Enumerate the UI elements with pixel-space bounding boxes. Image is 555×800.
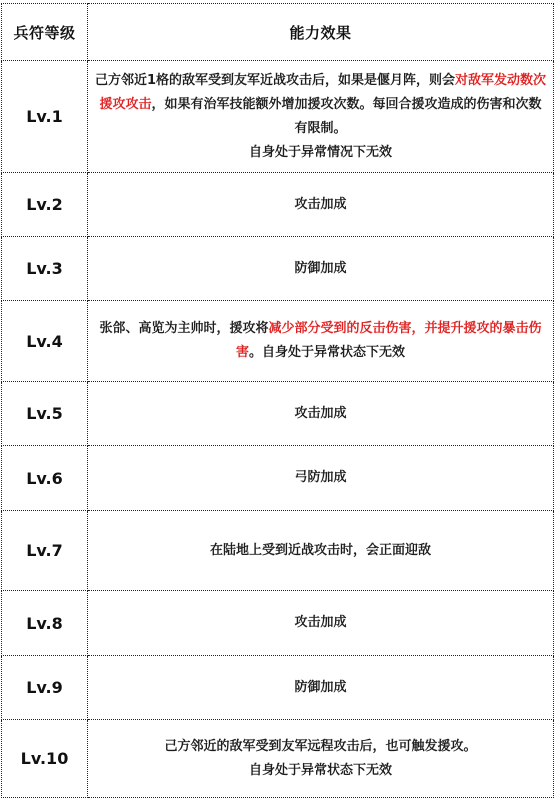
table-row: Lv.10 己方邻近的敌军受到友军远程攻击后，也可触发援攻。 自身处于异常状态下… [2, 720, 554, 798]
level-cell: Lv.3 [2, 237, 88, 301]
effect-cell: 攻击加成 [88, 591, 554, 656]
effect-note: 自身处于异常情况下无效 [94, 141, 547, 165]
ability-table: 兵符等级 能力效果 Lv.1 己方邻近1格的敌军受到友军近战攻击后，如果是偃月阵… [1, 3, 554, 798]
effect-text: 。自身处于异常状态下无效 [249, 345, 405, 360]
effect-line: 自身处于异常状态下无效 [94, 759, 547, 783]
effect-cell: 己方邻近1格的敌军受到友军近战攻击后，如果是偃月阵，则会对敌军发动数次援攻攻击，… [88, 61, 554, 173]
table-row: Lv.2 攻击加成 [2, 173, 554, 237]
level-cell: Lv.10 [2, 720, 88, 798]
effect-cell: 攻击加成 [88, 173, 554, 237]
effect-text: ，如果有治军技能额外增加援攻次数。每回合援攻造成的伤害和次数有限制。 [152, 97, 542, 136]
level-cell: Lv.8 [2, 591, 88, 656]
table-row: Lv.5 攻击加成 [2, 382, 554, 446]
effect-cell: 己方邻近的敌军受到友军远程攻击后，也可触发援攻。 自身处于异常状态下无效 [88, 720, 554, 798]
table-row: Lv.3 防御加成 [2, 237, 554, 301]
level-cell: Lv.6 [2, 446, 88, 511]
effect-text: 张郃、高览为主帅时，援攻将 [99, 321, 268, 336]
header-effect: 能力效果 [88, 4, 554, 61]
level-cell: Lv.9 [2, 656, 88, 720]
table-row: Lv.1 己方邻近1格的敌军受到友军近战攻击后，如果是偃月阵，则会对敌军发动数次… [2, 61, 554, 173]
level-cell: Lv.1 [2, 61, 88, 173]
header-row: 兵符等级 能力效果 [2, 4, 554, 61]
effect-cell: 防御加成 [88, 237, 554, 301]
level-cell: Lv.2 [2, 173, 88, 237]
effect-cell: 弓防加成 [88, 446, 554, 511]
ability-table-container: 兵符等级 能力效果 Lv.1 己方邻近1格的敌军受到友军近战攻击后，如果是偃月阵… [1, 3, 553, 798]
level-cell: Lv.4 [2, 301, 88, 382]
effect-cell: 张郃、高览为主帅时，援攻将减少部分受到的反击伤害，并提升援攻的暴击伤害。自身处于… [88, 301, 554, 382]
level-cell: Lv.5 [2, 382, 88, 446]
effect-line: 己方邻近的敌军受到友军远程攻击后，也可触发援攻。 [94, 735, 547, 759]
effect-cell: 防御加成 [88, 656, 554, 720]
table-row: Lv.7 在陆地上受到近战攻击时，会正面迎敌 [2, 511, 554, 591]
header-level: 兵符等级 [2, 4, 88, 61]
effect-cell: 在陆地上受到近战攻击时，会正面迎敌 [88, 511, 554, 591]
table-row: Lv.4 张郃、高览为主帅时，援攻将减少部分受到的反击伤害，并提升援攻的暴击伤害… [2, 301, 554, 382]
effect-cell: 攻击加成 [88, 382, 554, 446]
table-row: Lv.9 防御加成 [2, 656, 554, 720]
effect-text: 己方邻近1格的敌军受到友军近战攻击后，如果是偃月阵，则会 [95, 73, 455, 88]
table-row: Lv.6 弓防加成 [2, 446, 554, 511]
table-row: Lv.8 攻击加成 [2, 591, 554, 656]
level-cell: Lv.7 [2, 511, 88, 591]
